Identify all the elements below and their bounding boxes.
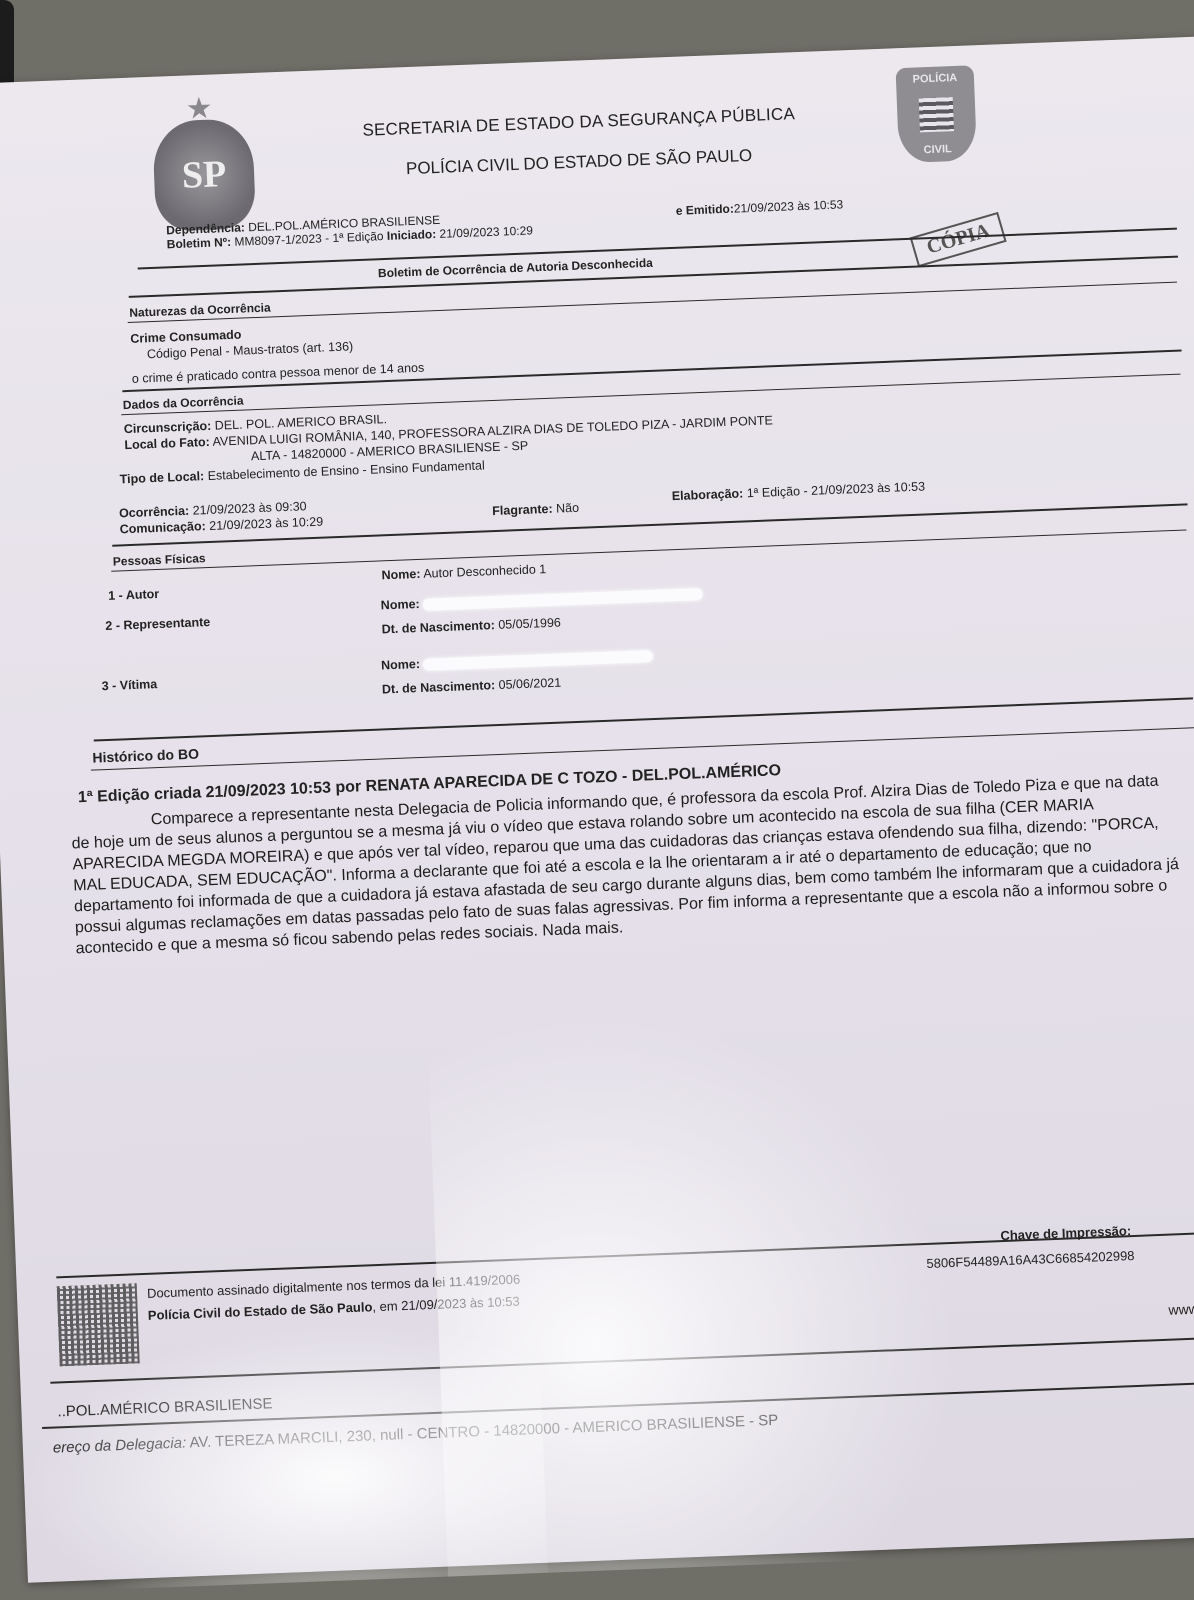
elaboracao-row: Elaboração: 1ª Edição - 21/09/2023 às 10… — [672, 479, 926, 503]
person-representante-birth: Dt. de Nascimento: 05/05/1996 — [381, 616, 561, 637]
policia-civil-badge-icon: POLÍCIA CIVIL — [896, 65, 978, 163]
footer-department: ..POL.AMÉRICO BRASILIENSE — [57, 1395, 273, 1420]
person-role-vitima: 3 - Vítima — [101, 677, 157, 693]
chave-impressao-label: Chave de Impressão: — [1000, 1223, 1131, 1243]
iniciado-label: Iniciado: — [387, 227, 437, 243]
emitido: e Emitido:21/09/2023 às 10:53 — [676, 197, 844, 217]
website-link[interactable]: www.po — [1168, 1300, 1194, 1318]
copia-stamp: CÓPIA — [910, 212, 1007, 268]
header-title-policia: POLÍCIA CIVIL DO ESTADO DE SÃO PAULO — [406, 146, 753, 179]
emitido-label: e Emitido: — [676, 202, 735, 218]
flagrante-row: Flagrante: Não — [492, 501, 579, 518]
chave-impressao-value: 5806F54489A16A43C66854202998 — [926, 1248, 1135, 1271]
divider — [50, 1335, 1194, 1383]
delegacia-address: ereço da Delegacia: AV. TEREZA MARCILI, … — [53, 1412, 779, 1457]
boletim-label: Boletim Nº: — [166, 235, 231, 251]
crime-status: Crime Consumado — [130, 328, 242, 346]
emitido-value: 21/09/2023 às 10:53 — [734, 197, 844, 215]
person-autor-name: Nome: Autor Desconhecido 1 — [381, 562, 546, 582]
divider — [111, 529, 1186, 571]
person-representante-name: Nome: — [381, 586, 704, 612]
iniciado-value: 21/09/2023 10:29 — [439, 223, 533, 241]
section-historico-title: Histórico do BO — [92, 746, 199, 766]
divider — [128, 282, 1177, 323]
flag-stripes-icon — [919, 97, 954, 132]
person-vitima-birth: Dt. de Nascimento: 05/06/2021 — [382, 676, 562, 697]
section-pessoas-title: Pessoas Físicas — [113, 551, 206, 569]
badge-top-text: POLÍCIA — [912, 72, 957, 86]
digital-signature: Documento assinado digitalmente nos term… — [147, 1269, 522, 1327]
divider — [94, 697, 1193, 741]
tipo-local-row: Tipo de Local: Estabelecimento de Ensino… — [119, 458, 485, 486]
qr-code-icon — [57, 1283, 140, 1366]
person-vitima-name: Nome: — [381, 648, 654, 672]
header-title-secretaria: SECRETARIA DE ESTADO DA SEGURANÇA PÚBLIC… — [362, 104, 795, 141]
redacted-name — [423, 588, 703, 611]
badge-bottom-text: CIVIL — [923, 143, 952, 156]
police-report-document: SP POLÍCIA CIVIL SECRETARIA DE ESTADO DA… — [0, 36, 1194, 1582]
logo-text: SP — [181, 152, 227, 198]
person-role-representante: 2 - Representante — [105, 615, 210, 633]
person-role-autor: 1 - Autor — [108, 587, 159, 603]
sp-coat-of-arms-icon: SP — [152, 118, 256, 232]
redacted-name — [423, 650, 653, 671]
